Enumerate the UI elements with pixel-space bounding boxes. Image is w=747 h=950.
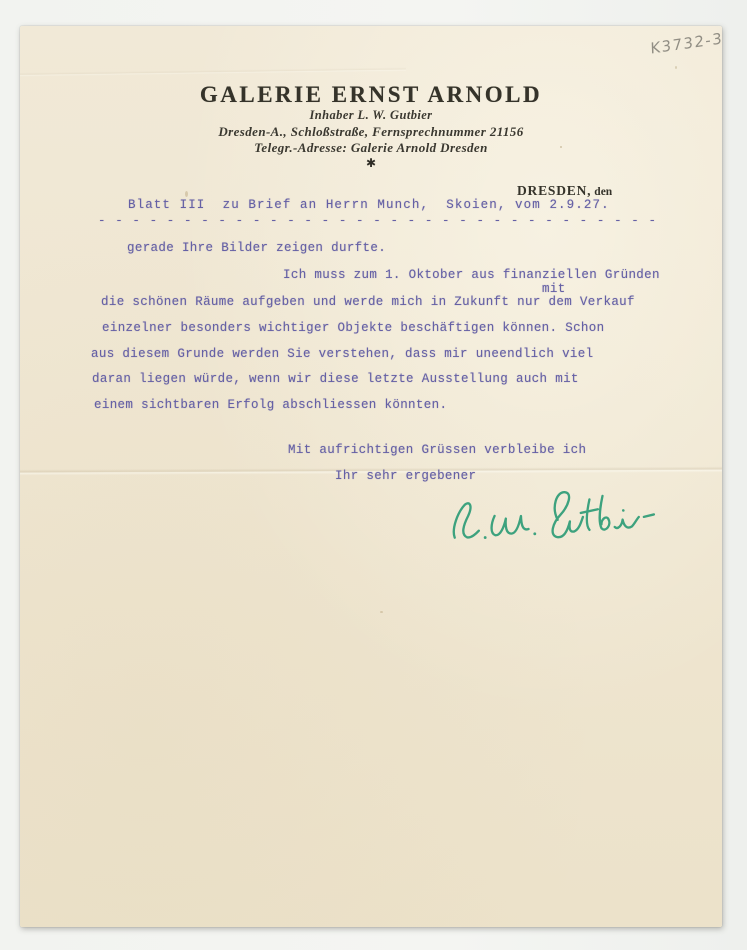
reference-underline: - - - - - - - - - - - - - - - - - - - - … [98, 214, 657, 228]
closing-salutation: Mit aufrichtigen Grüssen verbleibe ich [288, 443, 586, 457]
body-line: daran liegen würde, wenn wir diese letzt… [92, 372, 579, 386]
body-line: aus diesem Grunde werden Sie verstehen, … [91, 347, 593, 361]
letterhead-address-line: Dresden-A., Schloßstraße, Fernsprechnumm… [20, 124, 722, 140]
paper-speck [675, 66, 677, 69]
gallery-name: GALERIE ERNST ARNOLD [20, 82, 722, 108]
signature-gutbier [447, 482, 657, 553]
typed-insertion: mit [542, 282, 566, 296]
closing-valediction: Ihr sehr ergebener [335, 469, 476, 483]
body-line: Ich muss zum 1. Oktober aus finanziellen… [283, 268, 660, 282]
letterhead-owner-line: Inhaber L. W. Gutbier [20, 108, 722, 123]
dateline-suffix: den [594, 186, 612, 198]
body-line: einzelner besonders wichtiger Objekte be… [102, 321, 604, 335]
paper-speck [560, 146, 562, 148]
dateline-city: DRESDEN, [517, 183, 591, 198]
letter-page: K3732-3 GALERIE ERNST ARNOLD Inhaber L. … [20, 26, 722, 927]
reference-line: Blatt III zu Brief an Herrn Munch, Skoie… [128, 198, 610, 212]
letterhead-telegram-line: Telegr.-Adresse: Galerie Arnold Dresden [20, 140, 722, 156]
body-line: gerade Ihre Bilder zeigen durfte. [127, 241, 386, 255]
body-line: die schönen Räume aufgeben und werde mic… [101, 295, 635, 309]
paper-speck [380, 611, 383, 613]
archive-annotation: K3732-3 [650, 28, 730, 57]
star-ornament-icon: ✱ [20, 156, 722, 171]
fold-crease-top [20, 67, 406, 76]
paper-speck [185, 191, 188, 197]
scan-background: K3732-3 GALERIE ERNST ARNOLD Inhaber L. … [0, 0, 747, 950]
body-line: einem sichtbaren Erfolg abschliessen kön… [94, 398, 447, 412]
